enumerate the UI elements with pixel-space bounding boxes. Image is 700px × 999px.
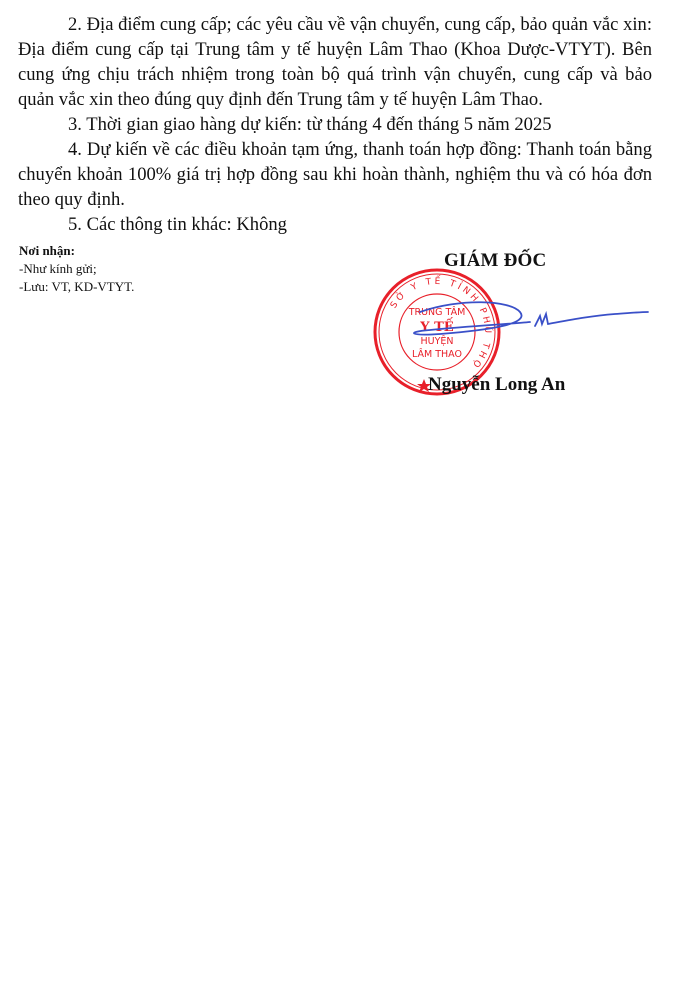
handwritten-signature-icon	[400, 290, 650, 350]
paragraph-delivery-location: 2. Địa điểm cung cấp; các yêu cầu về vận…	[18, 12, 652, 112]
signature-block: GIÁM ĐỐC SỞ Y TẾ TỈNH PHÚ THỌ TRUNG TÂM …	[360, 240, 650, 410]
paragraph-other-info: 5. Các thông tin khác: Không	[18, 212, 652, 237]
paragraph-payment-terms: 4. Dự kiến về các điều khoản tạm ứng, th…	[18, 137, 652, 212]
recipients-block: Nơi nhận: -Như kính gửi; -Lưu: VT, KD-VT…	[19, 242, 134, 296]
signer-name: Nguyễn Long An	[428, 374, 565, 396]
paragraph-delivery-time: 3. Thời gian giao hàng dự kiến: từ tháng…	[18, 112, 652, 137]
recipient-item: -Lưu: VT, KD-VTYT.	[19, 278, 134, 296]
document-body: 2. Địa điểm cung cấp; các yêu cầu về vận…	[18, 12, 652, 237]
recipients-label: Nơi nhận:	[19, 242, 134, 260]
recipient-item: -Như kính gửi;	[19, 260, 134, 278]
